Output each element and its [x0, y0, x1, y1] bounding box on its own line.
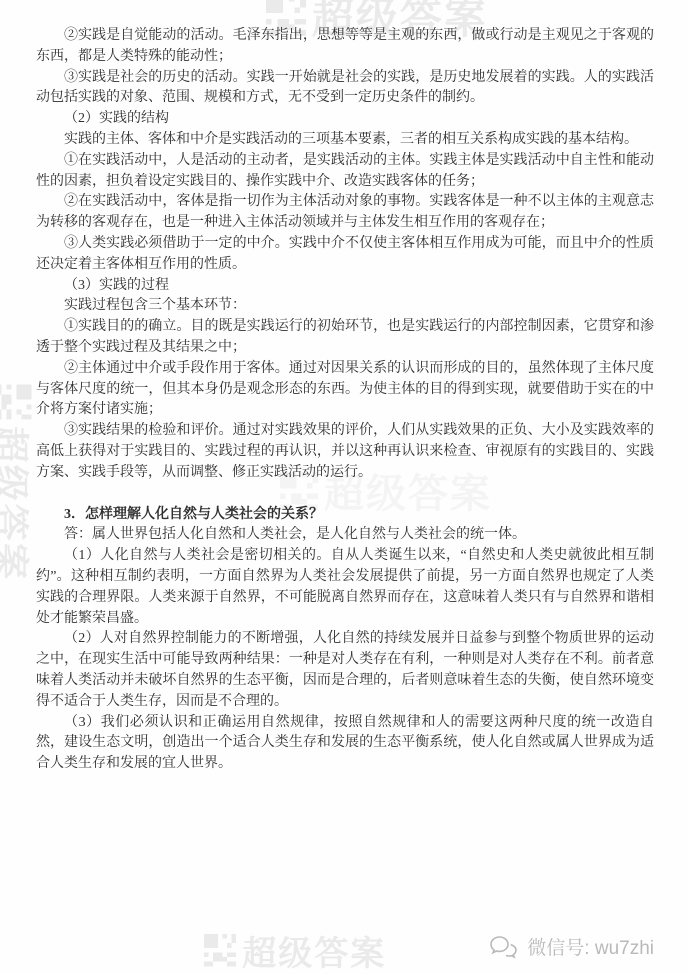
paragraph-intermediary: ③人类实践必须借助于一定的中介。实践中介不仅使主客体相互作用成为可能，而且中介的… — [36, 234, 654, 276]
document-page: 超级答案 超级答案 超级答案 超级答案 ②实践是自觉能动的活动。毛泽东指出，思想… — [0, 0, 688, 974]
subheading-practice-structure: （2）实践的结构 — [36, 109, 654, 130]
watermark-text: 超级答案 — [242, 926, 386, 974]
subheading-practice-process: （3）实践的过程 — [36, 276, 654, 297]
paragraph-three-elements: 实践的主体、客体和中介是实践活动的三项基本要素，三者的相互关系构成实践的基本结构… — [36, 130, 654, 151]
paragraph-answer-point-2: （2）人对自然界控制能力的不断增强，人化自然的持续发展并日益参与到整个物质世界的… — [36, 629, 654, 712]
paragraph-object: ②在实践活动中，客体是指一切作为主体活动对象的事物。实践客体是一种不以主体的主观… — [36, 192, 654, 234]
paragraph-practice-conscious-activity: ②实践是自觉能动的活动。毛泽东指出，思想等等是主观的东西，做或行动是主观见之于客… — [36, 26, 654, 68]
paragraph-subject: ①在实践活动中，人是活动的主动者，是实践活动的主体。实践主体是实践活动中自主性和… — [36, 151, 654, 193]
paragraph-answer-point-1: （1）人化自然与人类社会是密切相关的。自从人类诞生以来，“自然史和人类史就彼此相… — [36, 546, 654, 629]
watermark-bottom: 超级答案 — [204, 926, 386, 974]
wechat-icon — [489, 934, 519, 960]
paragraph-three-links: 实践过程包含三个基本环节： — [36, 296, 654, 317]
paragraph-answer-intro: 答：属人世界包括人化自然和人类社会，是人化自然与人类社会的统一体。 — [36, 525, 654, 546]
paragraph-goal-establishment: ①实践目的的确立。目的既是实践运行的初始环节，也是实践运行的内部控制因素，它贯穿… — [36, 317, 654, 359]
paragraph-answer-point-3: （3）我们必须认识和正确运用自然规律，按照自然规律和人的需要这两种尺度的统一改造… — [36, 713, 654, 775]
question-3-heading: 3．怎样理解人化自然与人类社会的关系？ — [36, 505, 654, 526]
paragraph-practice-social-historical: ③实践是社会的历史的活动。实践一开始就是社会的实践，是历史地发展着的实践。人的实… — [36, 68, 654, 110]
qr-code-logo-icon — [204, 934, 236, 966]
wechat-footer: 微信号: wu7zhi — [489, 933, 654, 960]
document-body: ②实践是自觉能动的活动。毛泽东指出，思想等等是主观的东西，做或行动是主观见之于客… — [0, 0, 688, 775]
paragraph-result-evaluation: ③实践结果的检验和评价。通过对实践效果的评价，人们从实践效果的正负、大小及实践效… — [36, 421, 654, 483]
paragraph-subject-acts-on-object: ②主体通过中介或手段作用于客体。通过对因果关系的认识而形成的目的，虽然体现了主体… — [36, 359, 654, 421]
wechat-id-label: 微信号: wu7zhi — [527, 933, 654, 960]
